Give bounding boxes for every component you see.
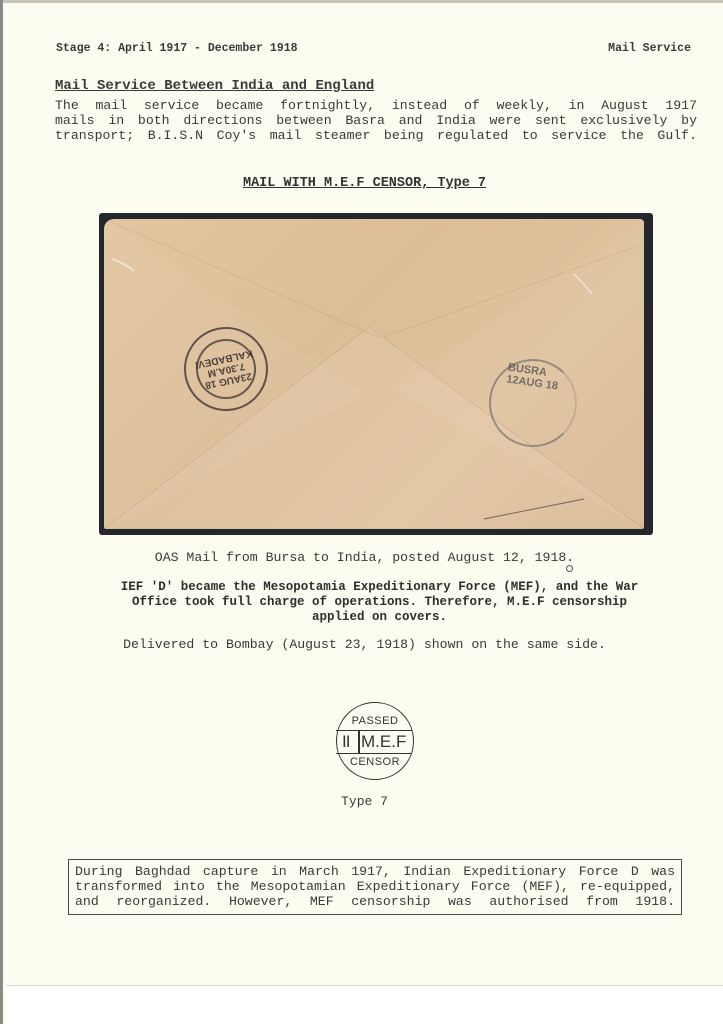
intro-line: mails in both directions between Basra a…: [55, 113, 697, 128]
censor-mef-text: M.E.F: [361, 732, 406, 752]
note-line: During Baghdad capture in March 1917, In…: [75, 864, 675, 879]
envelope-cover-image: 23AUG 18 7.30A.M KALBADEVI BUSRA 12AUG 1…: [104, 219, 644, 529]
page-bottom-margin: [6, 985, 723, 1024]
delivered-caption: Delivered to Bombay (August 23, 1918) sh…: [3, 637, 723, 652]
censor-band: II M.E.F: [336, 730, 412, 754]
stage-heading: Stage 4: April 1917 - December 1918: [56, 42, 298, 55]
historical-note-box: During Baghdad capture in March 1917, In…: [68, 859, 682, 915]
busra-postmark: BUSRA 12AUG 18: [489, 359, 577, 447]
intro-paragraph: The mail service became fortnightly, ins…: [55, 98, 697, 143]
note-line: transformed into the Mesopotamian Expedi…: [75, 879, 675, 894]
exhibit-title: MAIL WITH M.E.F CENSOR, Type 7: [3, 176, 723, 191]
censor-top-text: PASSED: [337, 715, 413, 727]
page-top-edge: [3, 0, 723, 3]
mef-caption: IEF 'D' became the Mesopotamia Expeditio…: [103, 580, 656, 625]
album-page: Stage 4: April 1917 - December 1918 Mail…: [0, 0, 723, 1024]
intro-line: transport; B.I.S.N Coy's mail steamer be…: [55, 128, 697, 143]
censor-bottom-text: CENSOR: [337, 756, 413, 768]
censor-type-label: Type 7: [3, 794, 723, 809]
censor-number: II: [342, 732, 349, 752]
small-circle-mark: [566, 565, 573, 572]
posted-caption: OAS Mail from Bursa to India, posted Aug…: [3, 550, 723, 565]
section-heading: Mail Service: [608, 42, 691, 55]
note-line: and reorganized. However, MEF censorship…: [75, 894, 675, 909]
section-title: Mail Service Between India and England: [55, 78, 374, 94]
mef-censor-mark: PASSED II M.E.F CENSOR: [336, 702, 414, 780]
intro-line: The mail service became fortnightly, ins…: [55, 98, 697, 113]
